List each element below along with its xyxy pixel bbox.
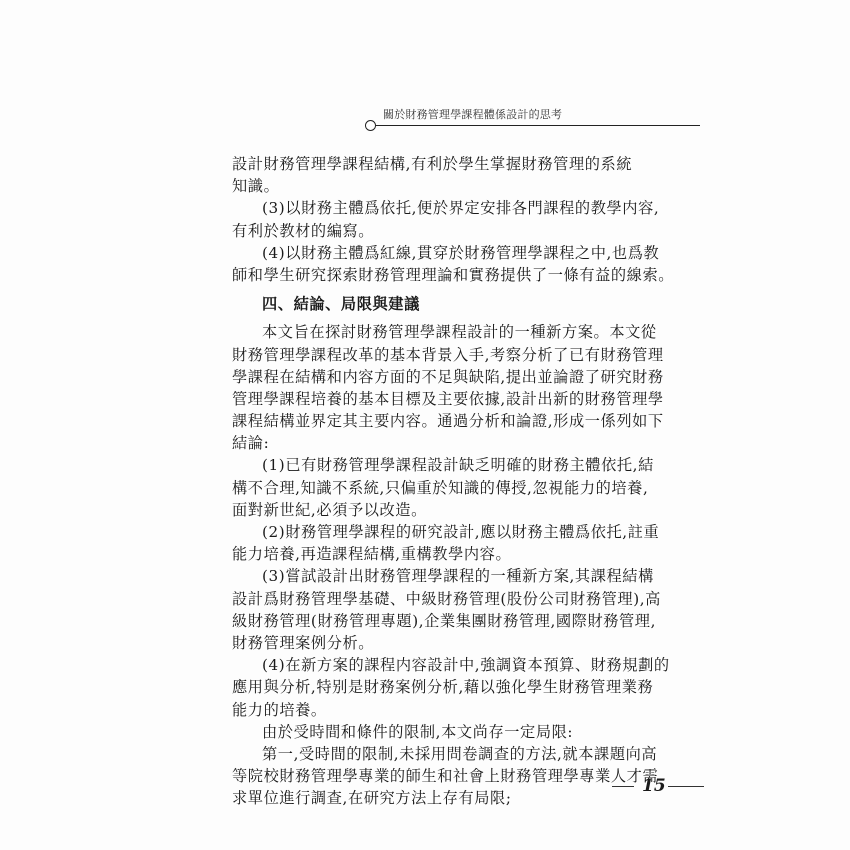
book-page: 關於財務管理學課程體係設計的思考 設計財務管理學課程結構,有利於學生掌握財務管理…	[0, 0, 850, 850]
text-line: 等院校財務管理學專業的師生和社會上財務管理學專業人才需	[232, 765, 648, 787]
text-line: 求單位進行調查,在研究方法上存有局限;	[232, 787, 648, 809]
text-line: (2)財務管理學課程的研究設計,應以財務主體爲依托,註重	[232, 521, 648, 543]
section-heading: 四、結論、局限與建議	[232, 293, 648, 315]
text-line: 財務管理案例分析。	[232, 632, 648, 654]
running-head-title: 關於財務管理學課程體係設計的思考	[383, 106, 562, 122]
page-footer: 15	[612, 776, 722, 796]
text-line: 級財務管理(財務管理專題),企業集團財務管理,國際財務管理,	[232, 610, 648, 632]
text-line: (3)嘗試設計出財務管理學課程的一種新方案,其課程結構	[232, 565, 648, 587]
circle-ornament-icon	[365, 120, 376, 131]
text-line: 結論:	[232, 432, 648, 454]
text-line: (4)在新方案的課程内容設計中,強調資本預算、財務規劃的	[232, 654, 648, 676]
text-line: 學課程在結構和内容方面的不足與缺陷,提出並論證了研究財務	[232, 366, 648, 388]
text-line: (4)以財務主體爲紅線,貫穿於財務管理學課程之中,也爲教	[232, 242, 648, 264]
text-line: 能力的培養。	[232, 699, 648, 721]
header-rule	[376, 125, 700, 126]
text-line: 財務管理學課程改革的基本背景入手,考察分析了已有財務管理	[232, 344, 648, 366]
text-line: 本文旨在探討財務管理學課程設計的一種新方案。本文從	[232, 321, 648, 343]
text-line: 能力培養,再造課程結構,重構教學内容。	[232, 543, 648, 565]
text-line: 課程結構並界定其主要内容。通過分析和論證,形成一係列如下	[232, 410, 648, 432]
text-line: 管理學課程培養的基本目標及主要依據,設計出新的財務管理學	[232, 388, 648, 410]
running-head: 關於財務管理學課程體係設計的思考	[363, 106, 703, 132]
body-text: 設計財務管理學課程結構,有利於學生掌握財務管理的系統知識。(3)以財務主體爲依托…	[232, 153, 648, 809]
page-number: 15	[642, 776, 666, 796]
text-line: 面對新世紀,必須予以改造。	[232, 499, 648, 521]
text-line: 構不合理,知識不系統,只偏重於知識的傳授,忽視能力的培養,	[232, 477, 648, 499]
text-line: 設計爲財務管理學基礎、中級財務管理(股份公司財務管理),高	[232, 588, 648, 610]
text-line: 第一,受時間的限制,未採用問卷調查的方法,就本課題向高	[232, 743, 648, 765]
text-line: 有利於教材的編寫。	[232, 220, 648, 242]
footer-rule-left	[612, 786, 634, 787]
text-line: 知識。	[232, 175, 648, 197]
text-line: 師和學生研究探索財務管理理論和實務提供了一條有益的線索。	[232, 264, 648, 286]
text-line: (3)以財務主體爲依托,便於界定安排各門課程的教學内容,	[232, 197, 648, 219]
text-line: 應用與分析,特别是財務案例分析,藉以強化學生財務管理業務	[232, 676, 648, 698]
text-line: 由於受時間和條件的限制,本文尚存一定局限:	[232, 721, 648, 743]
text-line: (1)已有財務管理學課程設計缺乏明確的財務主體依托,結	[232, 454, 648, 476]
text-line: 設計財務管理學課程結構,有利於學生掌握財務管理的系統	[232, 153, 648, 175]
footer-rule-right	[668, 786, 704, 787]
